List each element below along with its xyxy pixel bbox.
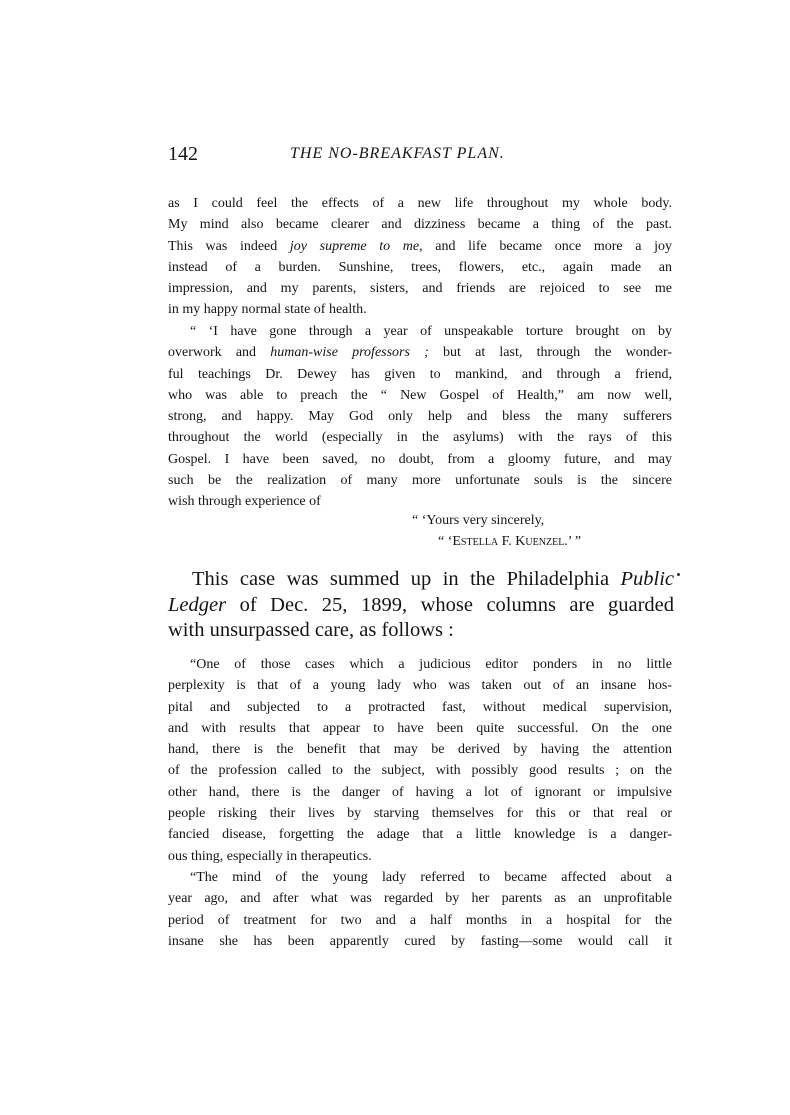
page-number: 142 bbox=[168, 143, 198, 166]
running-title: THE NO-BREAKFAST PLAN. bbox=[290, 145, 505, 163]
text-line: This was indeed joy supreme to me, and l… bbox=[168, 236, 672, 257]
italic-span: human-wise professors ; bbox=[270, 345, 429, 360]
text-line: This case was summed up in the Philadelp… bbox=[168, 567, 674, 593]
letter-signature: “ ‘Estella F. Kuenzel.’ ” bbox=[438, 534, 581, 550]
letter-paragraph-2: “ ‘I have gone through a year of unspeak… bbox=[168, 321, 672, 513]
text-line: My mind also became clearer and dizzines… bbox=[168, 214, 672, 235]
text-line: impression, and my parents, sisters, and… bbox=[168, 278, 672, 299]
quote-paragraph-2: “The mind of the young lady referred to … bbox=[168, 867, 672, 952]
text-line: people risking their lives by starving t… bbox=[168, 803, 672, 824]
print-mark bbox=[677, 573, 680, 576]
text-line: throughout the world (especially in the … bbox=[168, 427, 672, 448]
text-span: overwork and bbox=[168, 345, 270, 360]
text-line: insane she has been apparently cured by … bbox=[168, 931, 672, 952]
text-line: year ago, and after what was regarded by… bbox=[168, 888, 672, 909]
text-line: ful teachings Dr. Dewey has given to man… bbox=[168, 364, 672, 385]
text-line: period of treatment for two and a half m… bbox=[168, 910, 672, 931]
text-line: fancied disease, forgetting the adage th… bbox=[168, 824, 672, 845]
text-line: Ledger of Dec. 25, 1899, whose columns a… bbox=[168, 593, 674, 619]
italic-span: Public bbox=[620, 568, 674, 590]
text-line: hand, there is the benefit that may be d… bbox=[168, 739, 672, 760]
text-line: wish through experience of bbox=[168, 491, 672, 512]
quote-paragraph-1: “One of those cases which a judicious ed… bbox=[168, 654, 672, 867]
italic-span: Ledger bbox=[168, 594, 226, 616]
text-line: in my happy normal state of health. bbox=[168, 299, 672, 320]
text-span: This case was summed up in the Philadelp… bbox=[192, 568, 620, 590]
text-line: Gospel. I have been saved, no doubt, fro… bbox=[168, 449, 672, 470]
summary-paragraph: This case was summed up in the Philadelp… bbox=[168, 567, 674, 644]
text-line: “One of those cases which a judicious ed… bbox=[168, 654, 672, 675]
text-line: ous thing, especially in therapeutics. bbox=[168, 846, 672, 867]
text-span: , and life became once more a joy bbox=[419, 239, 672, 254]
page-header: 142 THE NO-BREAKFAST PLAN. bbox=[168, 143, 678, 167]
text-line: overwork and human-wise professors ; but… bbox=[168, 342, 672, 363]
text-line: as I could feel the effects of a new lif… bbox=[168, 193, 672, 214]
text-span: This was indeed bbox=[168, 239, 290, 254]
text-span: but at last, through the wonder- bbox=[429, 345, 672, 360]
text-line: pital and subjected to a protracted fast… bbox=[168, 697, 672, 718]
text-line: of the profession called to the subject,… bbox=[168, 760, 672, 781]
text-line: other hand, there is the danger of havin… bbox=[168, 782, 672, 803]
text-line: such be the realization of many more unf… bbox=[168, 470, 672, 491]
text-line: perplexity is that of a young lady who w… bbox=[168, 675, 672, 696]
italic-span: joy supreme to me bbox=[290, 239, 419, 254]
text-span: of Dec. 25, 1899, whose columns are guar… bbox=[226, 594, 674, 616]
letter-paragraph-1: as I could feel the effects of a new lif… bbox=[168, 193, 672, 321]
text-line: and with results that appear to have bee… bbox=[168, 718, 672, 739]
text-line: “ ‘I have gone through a year of unspeak… bbox=[168, 321, 672, 342]
text-line: “The mind of the young lady referred to … bbox=[168, 867, 672, 888]
letter-closing: “ ‘Yours very sincerely, bbox=[412, 513, 544, 529]
text-line: strong, and happy. May God only help and… bbox=[168, 406, 672, 427]
text-line: with unsurpassed care, as follows : bbox=[168, 618, 674, 644]
text-line: who was able to preach the “ New Gospel … bbox=[168, 385, 672, 406]
text-line: instead of a burden. Sunshine, trees, fl… bbox=[168, 257, 672, 278]
